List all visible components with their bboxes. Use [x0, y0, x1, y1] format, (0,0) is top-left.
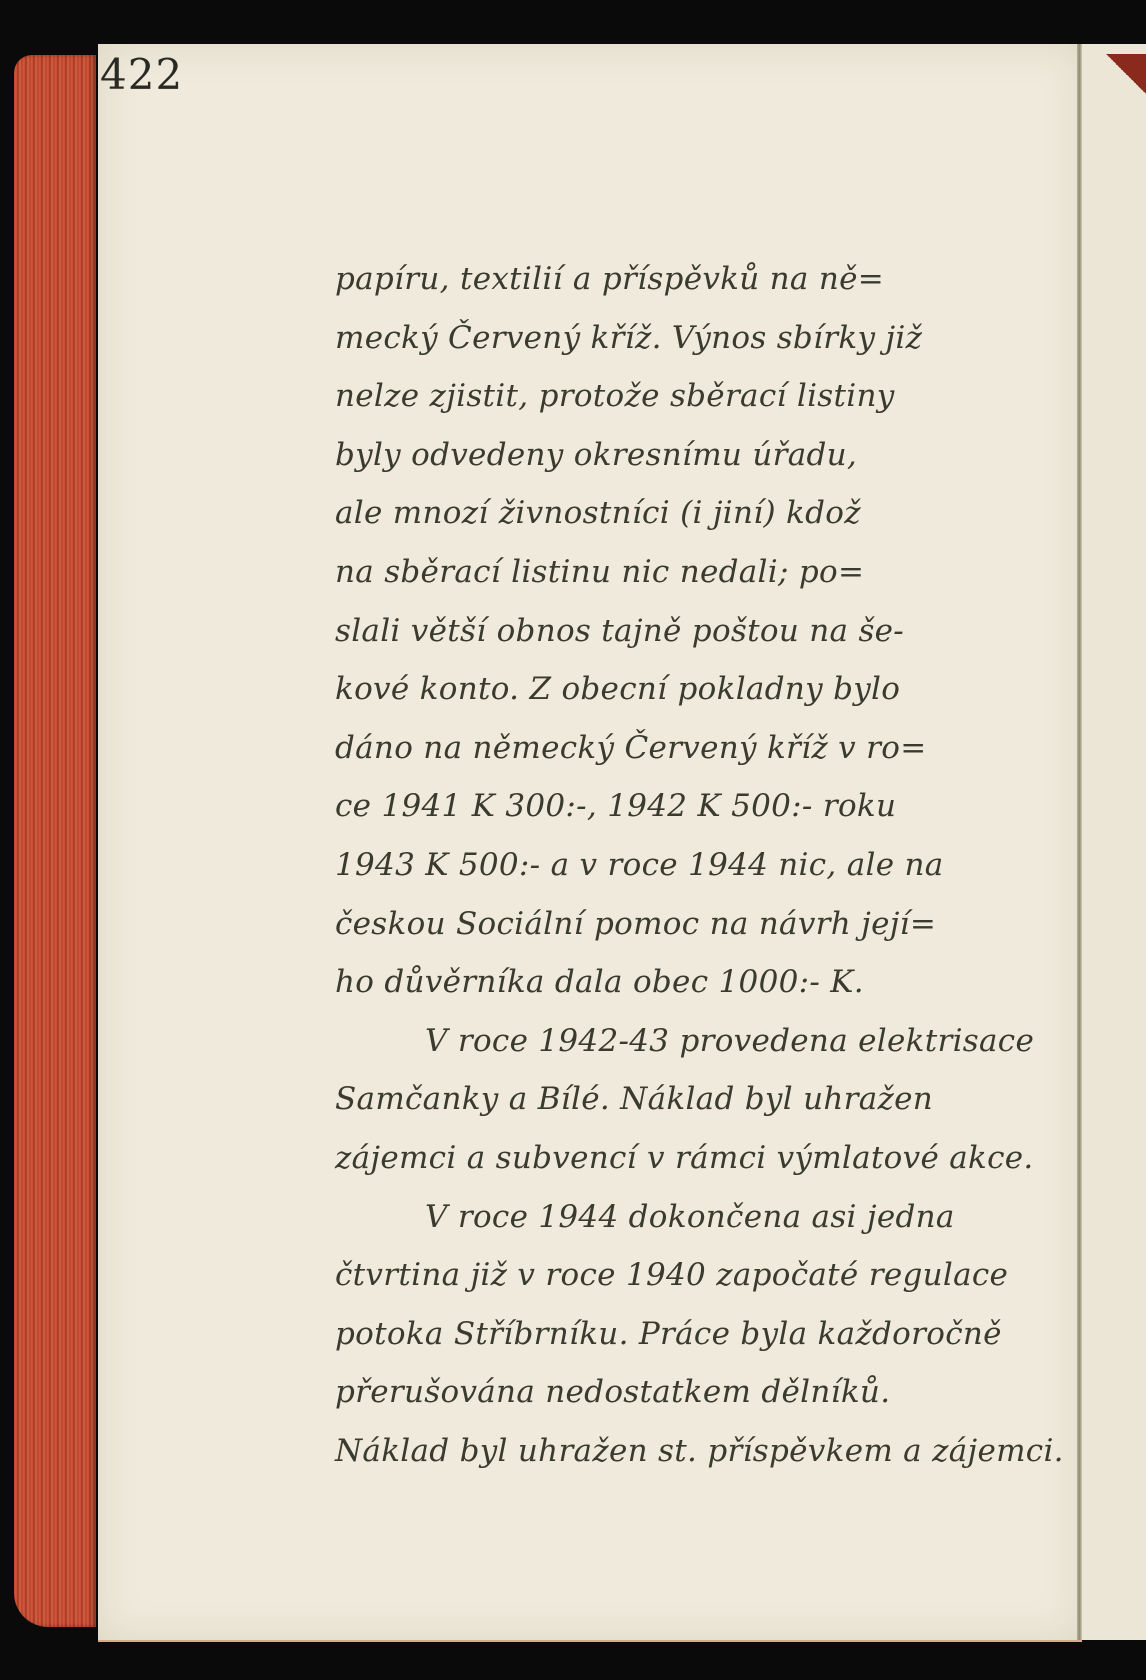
text-line: Náklad byl uhražen st. příspěvkem a záje…	[335, 1422, 1015, 1481]
text-line: Samčanky a Bílé. Náklad byl uhražen	[335, 1070, 1015, 1129]
next-page-edge	[1082, 44, 1146, 1640]
text-line: kové konto. Z obecní pokladny bylo	[335, 660, 1015, 719]
text-line: byly odvedeny okresnímu úřadu,	[335, 426, 1015, 485]
text-line: nelze zjistit, protože sběrací listiny	[335, 367, 1015, 426]
text-line: českou Sociální pomoc na návrh její=	[335, 895, 1015, 954]
text-line: čtvrtina již v roce 1940 započaté regula…	[335, 1246, 1015, 1305]
text-line: na sběrací listinu nic nedali; po=	[335, 543, 1015, 602]
text-line: ale mnozí živnostníci (i jiní) kdož	[335, 484, 1015, 543]
text-line: ce 1941 K 300:-, 1942 K 500:- roku	[335, 777, 1015, 836]
page-number: 422	[100, 50, 183, 99]
text-line: dáno na německý Červený kříž v ro=	[335, 719, 1015, 778]
text-line: ho důvěrníka dala obec 1000:- K.	[335, 953, 1015, 1012]
cover-corner	[1106, 54, 1146, 94]
text-line: zájemci a subvencí v rámci výmlatové akc…	[335, 1129, 1015, 1188]
text-line: potoka Stříbrníku. Práce byla každoročně	[335, 1305, 1015, 1364]
paragraph-start-line: V roce 1942-43 provedena elektrisace	[335, 1012, 1015, 1071]
text-line: přerušována nedostatkem dělníků.	[335, 1363, 1015, 1422]
text-line: 1943 K 500:- a v roce 1944 nic, ale na	[335, 836, 1015, 895]
paragraph-start-line: V roce 1944 dokončena asi jedna	[335, 1188, 1015, 1247]
handwritten-text: papíru, textilií a příspěvků na ně= meck…	[335, 250, 1015, 1480]
text-line: slali větší obnos tajně poštou na še-	[335, 602, 1015, 661]
book-page-edges	[14, 55, 96, 1627]
text-line: mecký Červený kříž. Výnos sbírky již	[335, 309, 1015, 368]
text-line: papíru, textilií a příspěvků na ně=	[335, 250, 1015, 309]
